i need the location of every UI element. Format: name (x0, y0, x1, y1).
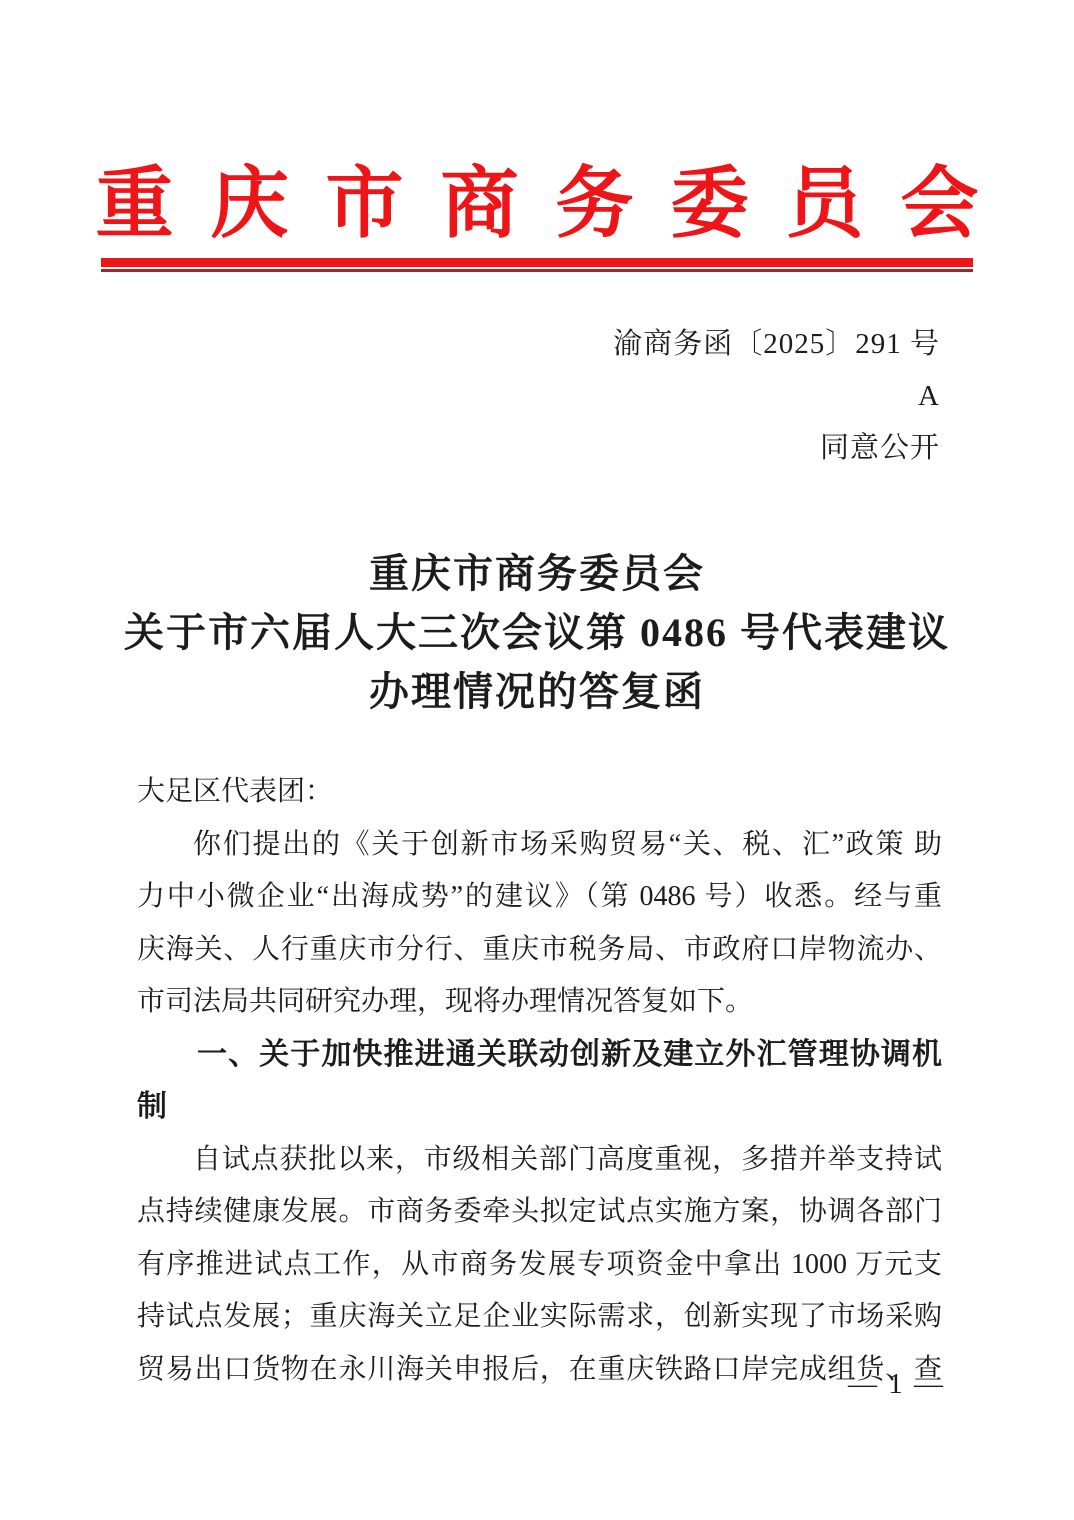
body-line: 庆海关、人行重庆市分行、重庆市税务局、市政府口岸物流办、 (137, 924, 942, 977)
document-page: 重庆市商务委员会 渝商务函〔2025〕291 号 A 同意公开 重庆市商务委员会… (0, 0, 1074, 1520)
body-line: 持试点发展；重庆海关立足企业实际需求，创新实现了市场采购 (137, 1291, 942, 1344)
letterhead-rule-thin (101, 269, 973, 272)
body-line: 自试点获批以来，市级相关部门高度重视，多措并举支持试 (137, 1134, 942, 1187)
body-line: 大足区代表团： (137, 766, 942, 819)
section-heading: 一、关于加快推进通关联动创新及建立外汇管理协调机制 (137, 1029, 942, 1134)
body-line: 有序推进试点工作，从市商务发展专项资金中拿出 1000 万元支 (137, 1239, 942, 1292)
document-title-line: 重庆市商务委员会 (0, 544, 1074, 603)
agency-title: 重庆市商务委员会 (0, 160, 1074, 248)
body-line: 市司法局共同研究办理，现将办理情况答复如下。 (137, 976, 942, 1029)
letterhead-rule-thick (101, 258, 973, 267)
body-line: 你们提出的《关于创新市场采购贸易“关、税、汇”政策 助 (137, 819, 942, 872)
document-title-line: 关于市六届人大三次会议第 0486 号代表建议 (0, 603, 1074, 662)
page-number: — 1 — (848, 1368, 945, 1401)
body-line: 点持续健康发展。市商务委牵头拟定试点实施方案，协调各部门 (137, 1186, 942, 1239)
body-line: 力中小微企业“出海成势”的建议》（第 0486 号）收悉。经与重 (137, 871, 942, 924)
letterhead: 重庆市商务委员会 (0, 160, 1074, 272)
body-line: 贸易出口货物在永川海关申报后，在重庆铁路口岸完成组货、查 (137, 1344, 942, 1397)
reply-grade: A (0, 370, 940, 422)
doc-number: 渝商务函〔2025〕291 号 (0, 318, 940, 370)
letterhead-rule (101, 258, 973, 272)
document-body: 大足区代表团：你们提出的《关于创新市场采购贸易“关、税、汇”政策 助力中小微企业… (0, 766, 1074, 1396)
disclosure-status: 同意公开 (0, 422, 940, 474)
document-title: 重庆市商务委员会 关于市六届人大三次会议第 0486 号代表建议 办理情况的答复… (0, 544, 1074, 721)
document-title-line: 办理情况的答复函 (0, 662, 1074, 721)
document-meta: 渝商务函〔2025〕291 号 A 同意公开 (0, 318, 1074, 474)
